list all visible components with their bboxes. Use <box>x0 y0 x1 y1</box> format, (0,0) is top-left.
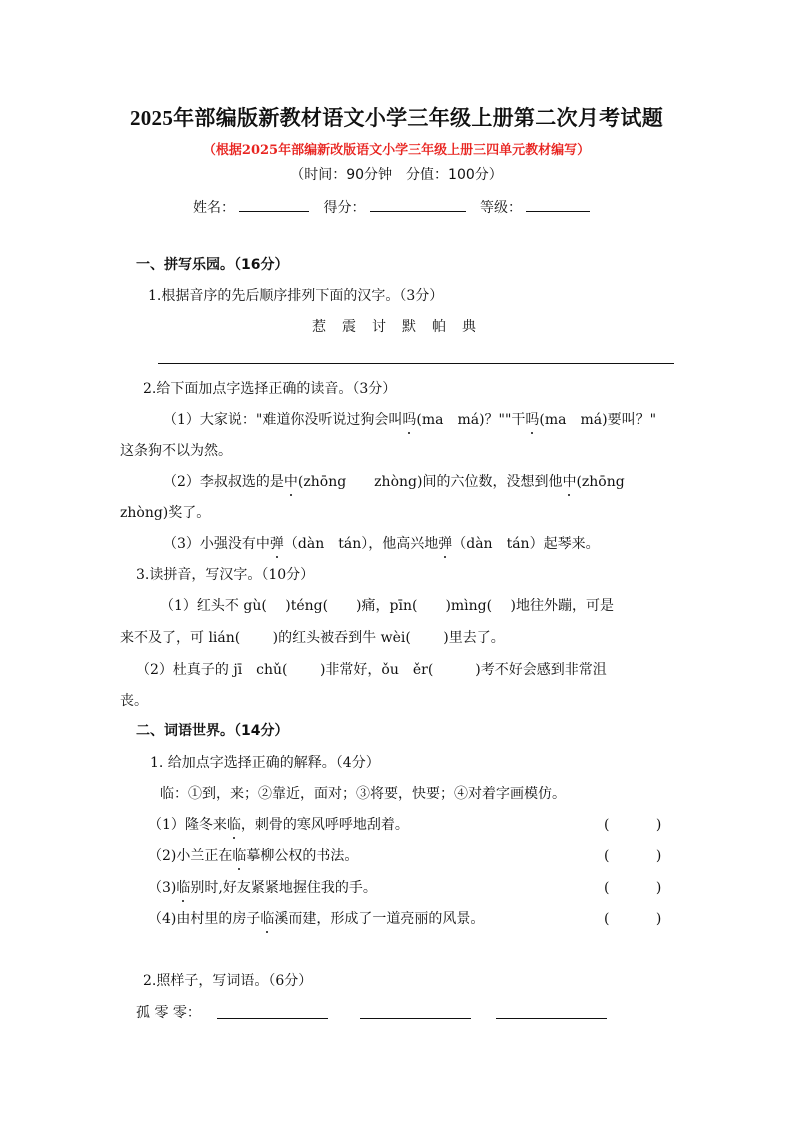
s2-q1-item: （3)临别时,好友紧紧地握住我的手。 <box>148 877 377 897</box>
text: （dàn tán）起琴来。 <box>452 536 599 552</box>
char: 讨 <box>372 316 386 336</box>
s2-q1-item: （2)小兰正在临摹柳公权的书法。 <box>148 845 358 865</box>
exam-meta: （时间：90分钟分值：100分） <box>0 164 793 184</box>
text: （dàn tán），他高兴地 <box>284 536 438 552</box>
s1-q1-prompt: 1.根据音序的先后顺序排列下面的汉字。（3分） <box>148 285 443 305</box>
answer-blank[interactable] <box>217 1018 328 1019</box>
char: 惹 <box>312 316 326 336</box>
s1-q2-item2: （2）李叔叔选的是中(zhōng zhòng)间的六位数，没想到他中(zhōng <box>163 471 625 491</box>
text: 别时,好友紧紧地握住我的手。 <box>190 880 376 896</box>
s2-q1-definitions: 临：①到，来；②靠近，面对；③将要，快要；④对着字画模仿。 <box>160 783 566 803</box>
answer-parens[interactable]: ( ) <box>604 845 661 865</box>
dotted-char: 吗 <box>402 409 416 429</box>
text: (zhōng <box>576 474 624 490</box>
text: (ma má)要叫？" <box>539 412 656 428</box>
name-field[interactable] <box>239 197 309 212</box>
score-field[interactable] <box>370 197 466 212</box>
s1-q2-item2-line2: zhòng)奖了。 <box>120 502 210 522</box>
s1-q3-item2-line1: （2）杜真子的 jī chǔ( )非常好，ǒu ěr( )考不好会感到非常沮 <box>136 659 607 679</box>
text: (zhōng zhòng)间的六位数，没想到他 <box>298 474 563 490</box>
text: 摹柳公权的书法。 <box>246 848 358 864</box>
text: （3）小强没有中 <box>163 536 270 552</box>
dotted-char: 临 <box>232 845 246 865</box>
s1-q3-prompt: 3.读拼音，写汉字。（10分） <box>136 564 314 584</box>
grade-field[interactable] <box>526 197 590 212</box>
char: 震 <box>342 316 356 336</box>
s2-q2-example: 孤 零 零： <box>136 1002 201 1022</box>
s2-q2-prompt: 2.照样子，写词语。（6分） <box>143 970 312 990</box>
answer-parens[interactable]: ( ) <box>604 877 661 897</box>
dotted-char: 中 <box>284 471 298 491</box>
s2-q1-item: （1）隆冬来临，刺骨的寒风呼呼地刮着。 <box>148 814 409 834</box>
student-fields: 姓名： 得分： 等级： <box>0 197 793 217</box>
text: （3) <box>148 880 176 896</box>
document-title: 2025年部编版新教材语文小学三年级上册第二次月考试题 <box>0 102 793 132</box>
text: （2)小兰正在 <box>148 848 232 864</box>
dotted-char: 弹 <box>438 533 452 553</box>
s1-q2-prompt: 2.给下面加点字选择正确的读音。（3分） <box>143 378 396 398</box>
text: （1）隆冬来 <box>148 817 227 833</box>
s2-q1-item: （4)由村里的房子临溪而建，形成了一道亮丽的风景。 <box>148 908 484 928</box>
document-subtitle: （根据2025年部编新改版语文小学三年级上册三四单元教材编写） <box>0 139 793 158</box>
s1-q3-item1-line2: 来不及了，可 lián( )的红头被吞到牛 wèi( )里去了。 <box>120 627 505 647</box>
dotted-char: 临 <box>227 814 241 834</box>
answer-blank[interactable] <box>496 1018 607 1019</box>
answer-parens[interactable]: ( ) <box>604 814 661 834</box>
s1-q3-item2-line2: 丧。 <box>120 690 148 710</box>
dotted-char: 吗 <box>525 409 539 429</box>
answer-parens[interactable]: ( ) <box>604 908 661 928</box>
text: (ma má)？""干 <box>416 412 525 428</box>
s1-q2-item3: （3）小强没有中弹（dàn tán），他高兴地弹（dàn tán）起琴来。 <box>163 533 600 553</box>
s1-q2-item1-line2: 这条狗不以为然。 <box>120 440 232 460</box>
exam-time: （时间：90分钟 <box>290 167 392 183</box>
exam-score: 分值：100分） <box>406 167 503 183</box>
answer-line[interactable] <box>158 363 674 364</box>
text: （4)由村里的房子 <box>148 911 260 927</box>
answer-blank[interactable] <box>360 1018 471 1019</box>
dotted-char: 弹 <box>270 533 284 553</box>
s1-q2-item1: （1）大家说："难道你没听说过狗会叫吗(ma má)？""干吗(ma má)要叫… <box>163 409 656 429</box>
dotted-char: 中 <box>562 471 576 491</box>
grade-label: 等级： <box>480 200 522 216</box>
text: ，刺骨的寒风呼呼地刮着。 <box>241 817 409 833</box>
score-label: 得分： <box>324 200 366 216</box>
char: 默 <box>402 316 416 336</box>
char: 典 <box>462 316 476 336</box>
s1-q1-chars: 惹震讨默帕典 <box>312 316 492 336</box>
s2-q1-prompt: 1. 给加点字选择正确的解释。（4分） <box>150 752 380 772</box>
dotted-char: 临 <box>176 877 190 897</box>
name-label: 姓名： <box>193 200 235 216</box>
text: 溪而建，形成了一道亮丽的风景。 <box>274 911 484 927</box>
section-1-heading: 一、拼写乐园。（16分） <box>136 254 288 274</box>
s1-q3-item1-line1: （1）红头不 gù( )téng( )痛，pīn( )mìng( )地往外蹦，可… <box>160 595 614 615</box>
text: （1）大家说："难道你没听说过狗会叫 <box>163 412 402 428</box>
section-2-heading: 二、词语世界。（14分） <box>136 720 288 740</box>
dotted-char: 临 <box>260 908 274 928</box>
char: 帕 <box>432 316 446 336</box>
text: （2）李叔叔选的是 <box>163 474 284 490</box>
